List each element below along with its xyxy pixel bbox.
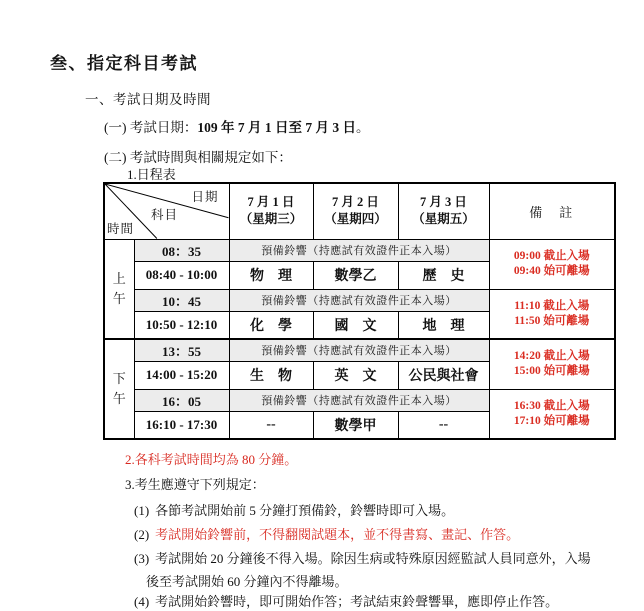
subject-cell: 數學甲 <box>313 411 398 439</box>
bell-text-cell: 預備鈴響（持應試有效證件正本入場） <box>229 339 489 361</box>
day-date: 7 月 3 日 <box>399 194 489 211</box>
session-afternoon-cell: 下午 <box>104 339 134 439</box>
corner-label-time: 時間 <box>107 219 134 237</box>
rule-text-line1: (3)考試開始 20 分鐘後不得入場。除因生病或特殊原因經監試人員同意外，入場 <box>134 547 591 570</box>
day-header-jul2: 7 月 2 日 （星期四） <box>313 183 398 239</box>
day-header-jul1: 7 月 1 日 （星期三） <box>229 183 313 239</box>
subject-cell: -- <box>229 411 313 439</box>
subject-cell: 歷 史 <box>398 261 489 289</box>
schedule-label: 1.日程表 <box>127 164 176 183</box>
subject-cell: 地 理 <box>398 311 489 339</box>
table-row: 下午 13：55 預備鈴響（持應試有效證件正本入場） 14:20 截止入場 15… <box>104 339 615 361</box>
subject-cell: 公民與社會 <box>398 361 489 389</box>
document-page: 叁、指定科目考試 一、考試日期及時間 (一) 考試日期：109 年 7 月 1 … <box>0 0 644 611</box>
subject-cell: 數學乙 <box>313 261 398 289</box>
exam-time-cell: 10:50 - 12:10 <box>134 311 229 339</box>
subject-cell: 國 文 <box>313 311 398 339</box>
rule-number: (2) <box>134 527 149 542</box>
remark-cell: 14:20 截止入場 15:00 始可離場 <box>489 339 615 389</box>
table-row: 10：45 預備鈴響（持應試有效證件正本入場） 11:10 截止入場 11:50… <box>104 289 615 311</box>
schedule-table: 日期 科目 時間 7 月 1 日 （星期三） 7 月 2 日 （星期四） 7 月… <box>103 182 616 440</box>
rule-item-4: (4)考試開始鈴響時，即可開始作答；考試結束鈴聲響畢，應即停止作答。 <box>134 590 558 611</box>
day-date: 7 月 1 日 <box>230 194 313 211</box>
rule-item-2: (2)考試開始鈴響前，不得翻閱試題本，並不得書寫、畫記、作答。 <box>134 523 519 546</box>
rule-text: 各節考試開始前 5 分鐘打預備鈴，鈴響時即可入場。 <box>155 503 454 518</box>
subject-cell: 英 文 <box>313 361 398 389</box>
rule-number: (4) <box>134 594 149 609</box>
bell-text-cell: 預備鈴響（持應試有效證件正本入場） <box>229 389 489 411</box>
bell-time-cell: 08：35 <box>134 239 229 261</box>
remark-line-leave-time: 17:10 始可離場 <box>490 414 615 429</box>
subject-cell: 生 物 <box>229 361 313 389</box>
day-header-jul3: 7 月 3 日 （星期五） <box>398 183 489 239</box>
page-title: 叁、指定科目考試 <box>50 49 198 74</box>
exam-date-label: (一) 考試日期： <box>104 120 197 135</box>
day-weekday: （星期四） <box>314 211 398 228</box>
rule-text: 考試開始鈴響前，不得翻閱試題本，並不得書寫、畫記、作答。 <box>155 527 519 542</box>
table-row: 上午 08：35 預備鈴響（持應試有效證件正本入場） 09:00 截止入場 09… <box>104 239 615 261</box>
day-date: 7 月 2 日 <box>314 194 398 211</box>
day-weekday: （星期五） <box>399 211 489 228</box>
remark-cell: 09:00 截止入場 09:40 始可離場 <box>489 239 615 289</box>
rule-number: (1) <box>134 503 149 518</box>
day-weekday: （星期三） <box>230 211 313 228</box>
bell-time-cell: 10：45 <box>134 289 229 311</box>
subject-cell: 物 理 <box>229 261 313 289</box>
exam-date-period: 。 <box>356 120 370 135</box>
section-heading: 一、考試日期及時間 <box>85 88 211 108</box>
rule-number: (3) <box>134 551 149 566</box>
rule-item-3: (3)考試開始 20 分鐘後不得入場。除因生病或特殊原因經監試人員同意外，入場 … <box>134 547 591 593</box>
exam-date-line: (一) 考試日期：109 年 7 月 1 日至 7 月 3 日。 <box>104 116 370 136</box>
remark-line-leave-time: 15:00 始可離場 <box>490 364 615 379</box>
remark-line-entry-deadline: 09:00 截止入場 <box>490 249 615 264</box>
exam-time-cell: 14:00 - 15:20 <box>134 361 229 389</box>
note-rules-heading: 3.考生應遵守下列規定： <box>125 474 265 493</box>
remark-line-entry-deadline: 16:30 截止入場 <box>490 399 615 414</box>
table-header-row: 日期 科目 時間 7 月 1 日 （星期三） 7 月 2 日 （星期四） 7 月… <box>104 183 615 239</box>
rule-text: 考試開始鈴響時，即可開始作答；考試結束鈴聲響畢，應即停止作答。 <box>155 594 558 609</box>
exam-date-value: 109 年 7 月 1 日至 7 月 3 日 <box>197 120 356 135</box>
remark-header: 備 註 <box>489 183 615 239</box>
remark-cell: 11:10 截止入場 11:50 始可離場 <box>489 289 615 339</box>
rule-item-1: (1)各節考試開始前 5 分鐘打預備鈴，鈴響時即可入場。 <box>134 499 454 522</box>
subject-cell: 化 學 <box>229 311 313 339</box>
remark-cell: 16:30 截止入場 17:10 始可離場 <box>489 389 615 439</box>
bell-text-cell: 預備鈴響（持應試有效證件正本入場） <box>229 239 489 261</box>
remark-line-leave-time: 09:40 始可離場 <box>490 264 615 279</box>
subject-cell: -- <box>398 411 489 439</box>
bell-time-cell: 13：55 <box>134 339 229 361</box>
exam-time-cell: 08:40 - 10:00 <box>134 261 229 289</box>
session-afternoon-label: 下午 <box>111 369 127 409</box>
note-duration: 2.各科考試時間均為 80 分鐘。 <box>125 449 297 468</box>
corner-cell: 日期 科目 時間 <box>104 183 229 239</box>
session-morning-label: 上午 <box>111 269 127 309</box>
table-row: 16：05 預備鈴響（持應試有效證件正本入場） 16:30 截止入場 17:10… <box>104 389 615 411</box>
corner-label-subject: 科目 <box>151 205 178 223</box>
bell-text-cell: 預備鈴響（持應試有效證件正本入場） <box>229 289 489 311</box>
exam-time-intro-line: (二) 考試時間與相關規定如下： <box>104 146 292 166</box>
remark-line-entry-deadline: 11:10 截止入場 <box>490 299 615 314</box>
remark-line-leave-time: 11:50 始可離場 <box>490 314 615 329</box>
remark-line-entry-deadline: 14:20 截止入場 <box>490 349 615 364</box>
session-morning-cell: 上午 <box>104 239 134 339</box>
exam-time-cell: 16:10 - 17:30 <box>134 411 229 439</box>
corner-label-date: 日期 <box>191 187 218 205</box>
bell-time-cell: 16：05 <box>134 389 229 411</box>
